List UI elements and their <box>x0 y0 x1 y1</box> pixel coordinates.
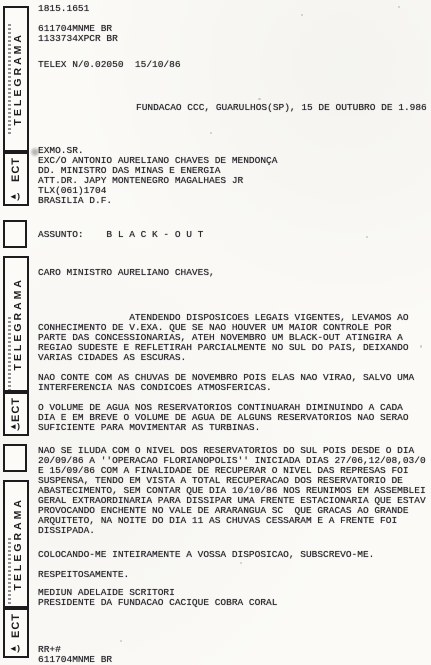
ect-logo-icon: ◄) <box>11 193 22 202</box>
body-paragraph-3: O VOLUME DE AGUA NOS RESERVATORIOS CONTI… <box>38 403 409 433</box>
salutation: CARO MINISTRO AURELIANO CHAVES, <box>38 268 215 278</box>
dateline: FUNDACAO CCC, GUARULHOS(SP), 15 DE OUTUB… <box>136 103 427 113</box>
telegrama-box: TELEGRAMA <box>3 6 29 152</box>
telex-document: 1815.1651 611704MNME BR 1133734XPCR BR T… <box>38 0 430 665</box>
telegram-scan-page: TELEGRAMA ECT ◄) TELEGRAMA ECT ◄) TELEGR… <box>0 0 431 665</box>
body-paragraph-1: ATENDENDO DISPOSICOES LEGAIS VIGENTES, L… <box>38 313 409 363</box>
form-empty-box <box>3 444 27 472</box>
ect-box: ECT ◄) <box>3 392 29 436</box>
time-stamp: 1815.1651 <box>38 4 89 14</box>
telex-answerbacks: 611704MNME BR 1133734XPCR BR <box>38 24 118 44</box>
ect-logo-icon: ◄) <box>11 423 22 432</box>
signature-block: MEDIUN ADELAIDE SCRITORI PRESIDENTE DA F… <box>38 588 277 608</box>
telegrama-label: TELEGRAMA <box>12 497 24 591</box>
body-paragraph-4: NAO SE ILUDA COM O NIVEL DOS RESERVATORI… <box>38 446 426 536</box>
subject-line: ASSUNTO: B L A C K - O U T <box>38 230 203 240</box>
body-paragraph-2: NAO CONTE COM AS CHUVAS DE NOVEMBRO POIS… <box>38 373 414 393</box>
ect-label: ECT <box>10 397 22 422</box>
form-empty-box <box>3 220 27 248</box>
recipient-block: EXMO.SR. EXC/O ANTONIO AURELIANO CHAVES … <box>38 146 277 206</box>
telegrama-box: TELEGRAMA <box>3 256 29 392</box>
scan-speck <box>210 132 212 134</box>
telegrama-label: TELEGRAMA <box>12 277 24 371</box>
telegrama-box: TELEGRAMA <box>3 480 29 608</box>
closing-line: COLOCANDO-ME INTEIRAMENTE A VOSSA DISPOS… <box>38 550 374 560</box>
scan-smudge <box>30 146 40 158</box>
ect-logo-icon: ◄) <box>11 645 22 654</box>
form-fine-print <box>8 317 11 390</box>
scan-speck <box>398 6 400 8</box>
scan-speck <box>301 14 303 16</box>
form-fine-print <box>8 538 11 606</box>
scan-speck <box>240 562 242 564</box>
telegrama-label: TELEGRAMA <box>12 32 24 126</box>
scan-speck <box>258 98 261 100</box>
ect-box: ECT ◄) <box>3 152 29 206</box>
ect-label: ECT <box>10 157 22 182</box>
ect-box: ECT ◄) <box>3 608 29 658</box>
telex-reference: TELEX N/0.02050 15/10/86 <box>38 60 181 70</box>
valediction: RESPEITOSAMENTE. <box>38 570 129 580</box>
telex-footer: RR+# 611704MNME BR <box>38 645 112 665</box>
ect-label: ECT <box>10 613 22 638</box>
form-margin-column: TELEGRAMA ECT ◄) TELEGRAMA ECT ◄) TELEGR… <box>3 0 31 665</box>
scan-speck <box>120 640 122 642</box>
scan-speck <box>420 345 422 348</box>
form-fine-print <box>8 24 11 135</box>
scan-speck <box>366 236 368 238</box>
